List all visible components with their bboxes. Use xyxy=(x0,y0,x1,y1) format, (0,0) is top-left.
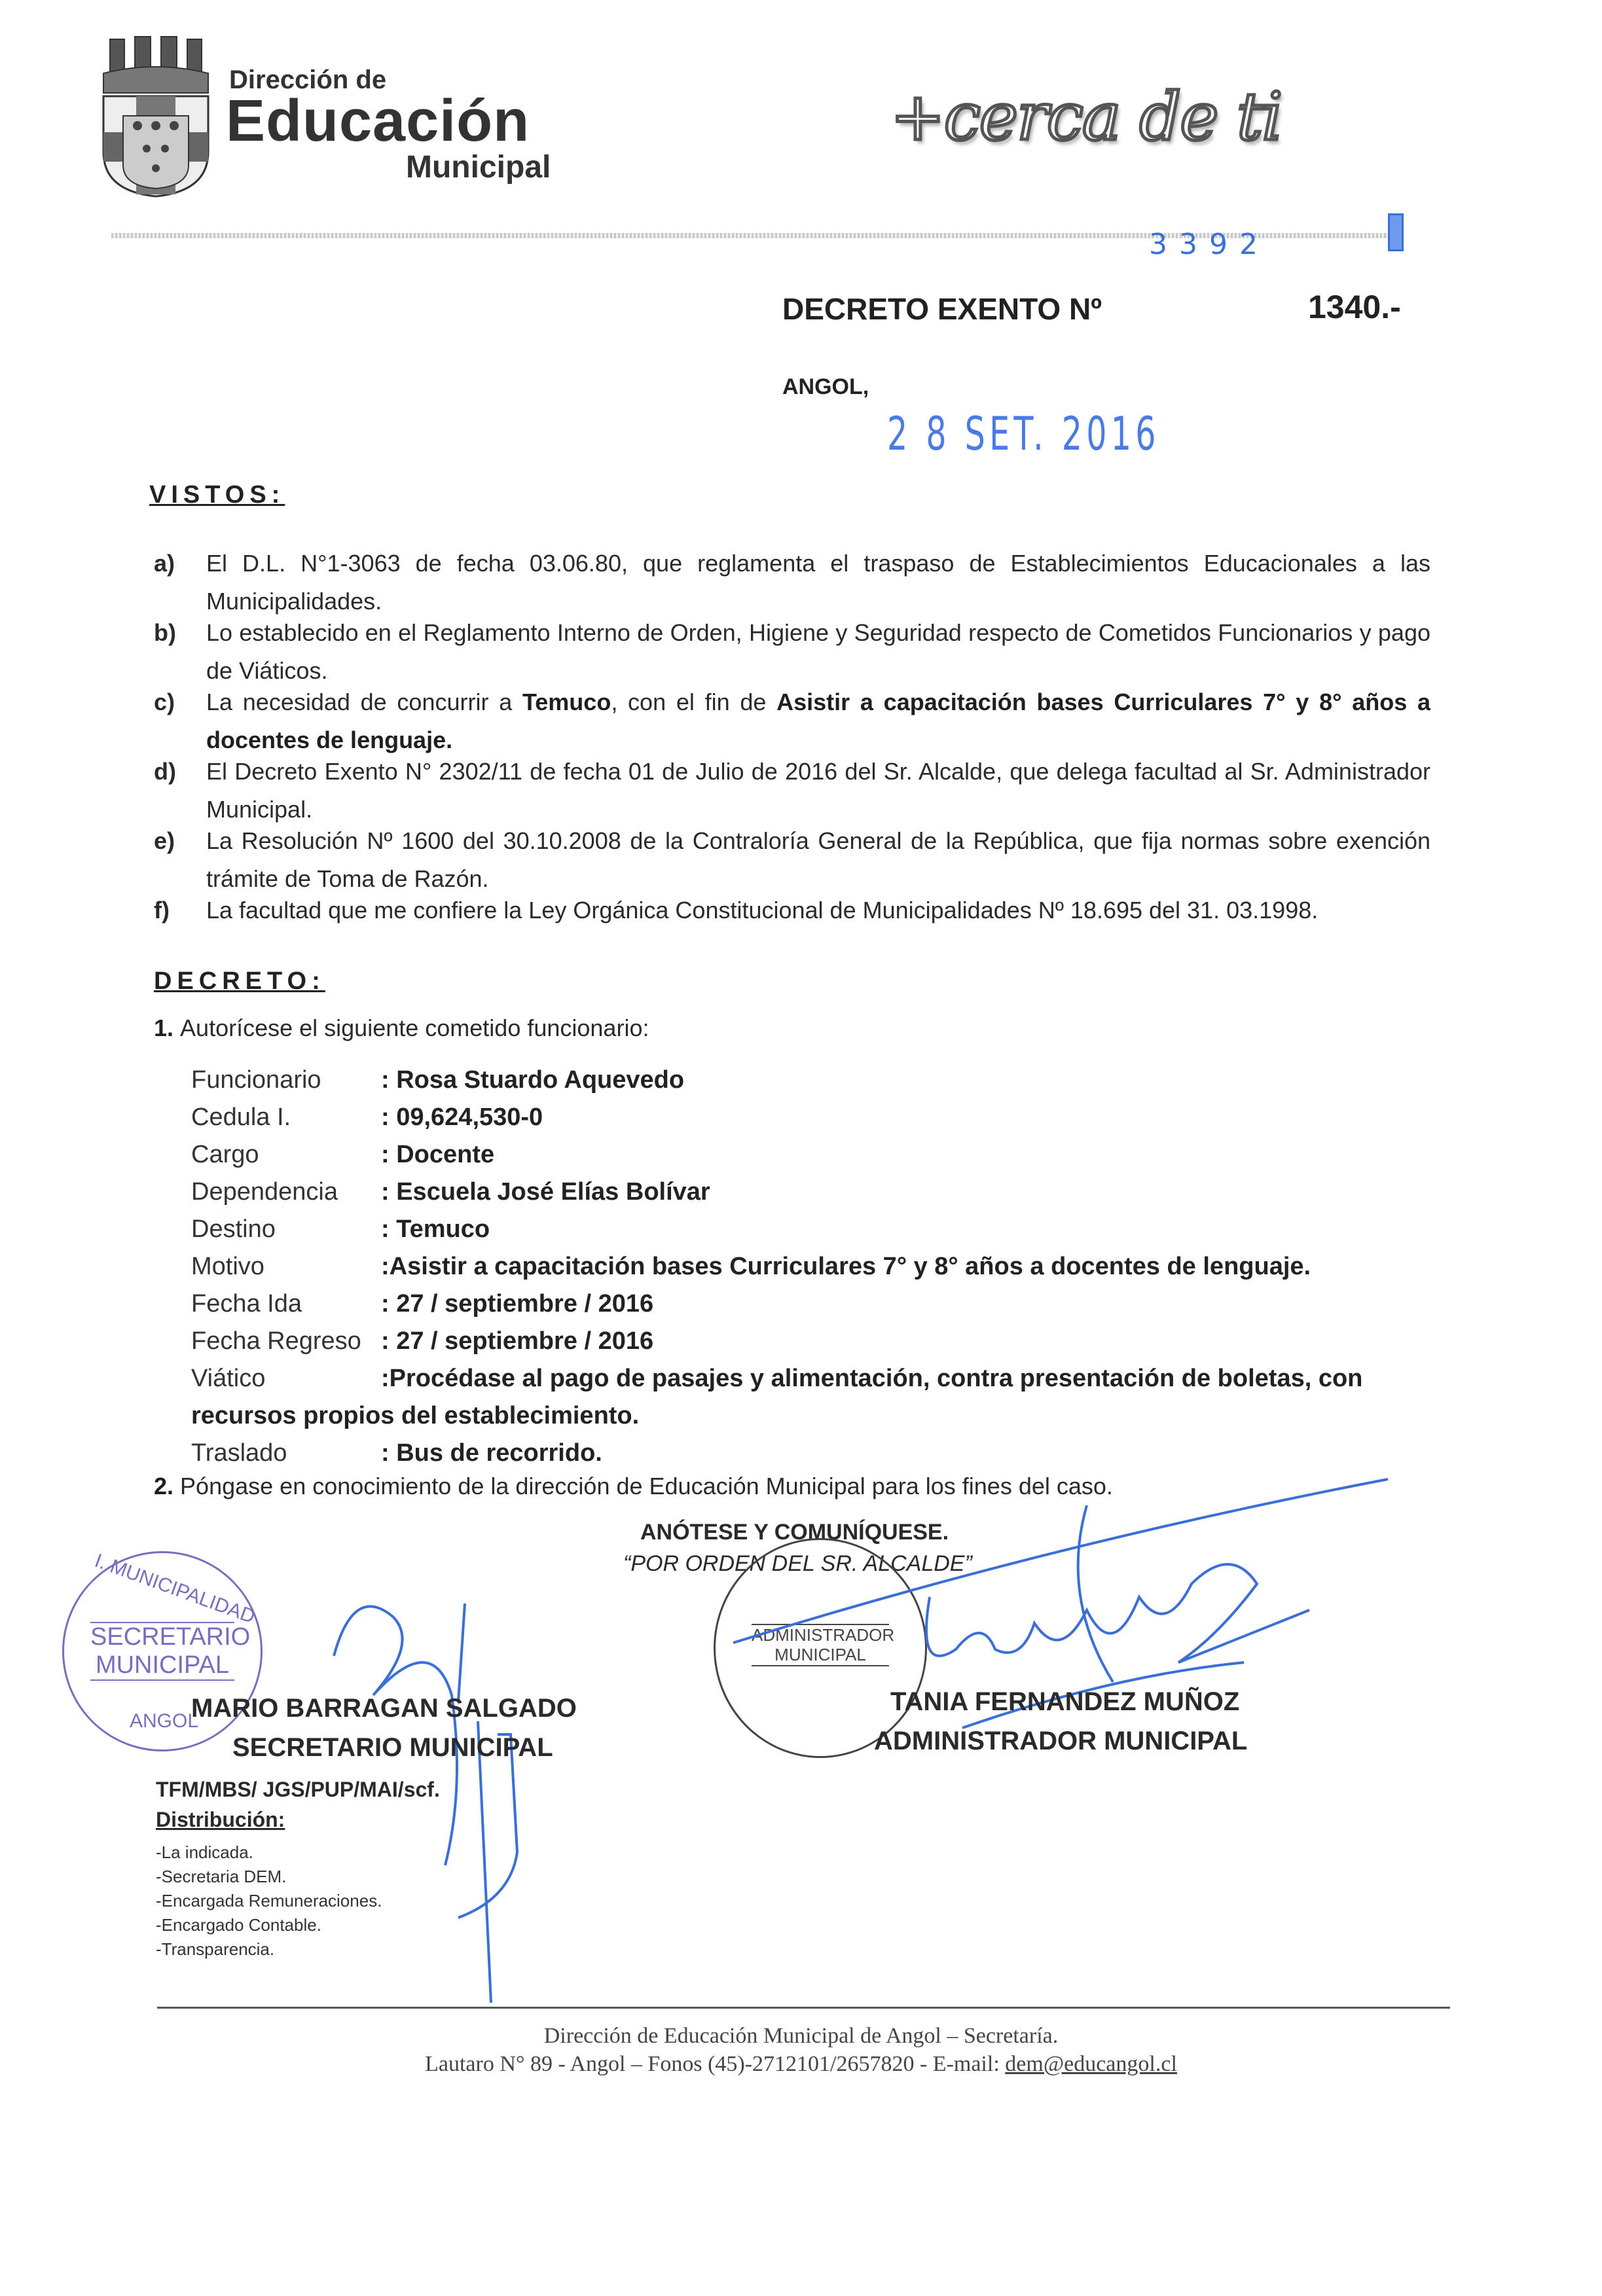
field-row: Dependencia: Escuela José Elías Bolívar xyxy=(191,1174,710,1211)
vistos-item-e: e) La Resolución Nº 1600 del 30.10.2008 … xyxy=(154,822,1430,898)
vistos-item-a: a) El D.L. N°1-3063 de fecha 03.06.80, q… xyxy=(154,545,1430,620)
field-value: : 27 / septiembre / 2016 xyxy=(381,1290,653,1318)
vistos-item-b: b) Lo establecido en el Reglamento Inter… xyxy=(154,614,1430,690)
initials: TFM/MBS/ JGS/PUP/MAI/scf. xyxy=(156,1778,440,1802)
vistos-item-c: c) La necesidad de concurrir a Temuco, c… xyxy=(154,683,1430,759)
field-row: Fecha Ida: 27 / septiembre / 2016 xyxy=(191,1285,653,1323)
decree-title: DECRETO EXENTO Nº xyxy=(782,291,1102,327)
field-row: Viático:Procédase al pago de pasajes y a… xyxy=(191,1360,1362,1397)
field-label: Viático xyxy=(191,1360,381,1397)
field-value: : Docente xyxy=(381,1141,494,1168)
administrator-signature xyxy=(720,1466,1408,1767)
footer-line2: Lautaro N° 89 - Angol – Fonos (45)-27121… xyxy=(0,2052,1602,2077)
field-row: Fecha Regreso: 27 / septiembre / 2016 xyxy=(191,1323,653,1360)
field-label: Cargo xyxy=(191,1136,381,1174)
org-name-line2: Educación xyxy=(226,92,530,151)
decreto-heading: DECRETO: xyxy=(154,967,325,996)
vistos-heading: VISTOS: xyxy=(149,481,285,509)
field-value: : 09,624,530-0 xyxy=(381,1103,543,1131)
secretary-title: SECRETARIO MUNICIPAL xyxy=(232,1733,553,1763)
field-value: : Escuela José Elías Bolívar xyxy=(381,1178,710,1206)
footer-email-link[interactable]: dem@educangol.cl xyxy=(1005,2052,1177,2076)
slogan: +cerca de ti xyxy=(890,79,1281,155)
distribution-heading: Distribución: xyxy=(156,1808,285,1832)
decree-city: ANGOL, xyxy=(782,374,869,400)
field-row-continuation: recursos propios del establecimiento. xyxy=(191,1397,639,1435)
field-label: Fecha Regreso xyxy=(191,1323,381,1360)
field-row: Destino: Temuco xyxy=(191,1211,490,1248)
distribution-item: -Encargado Contable. xyxy=(156,1913,382,1937)
field-row: Traslado: Bus de recorrido. xyxy=(191,1435,602,1472)
field-value: : Temuco xyxy=(381,1215,490,1243)
distribution-item: -Encargada Remuneraciones. xyxy=(156,1889,382,1913)
footer-divider xyxy=(157,2007,1450,2009)
distribution-item: -Secretaria DEM. xyxy=(156,1865,382,1889)
field-value: : Bus de recorrido. xyxy=(381,1439,602,1467)
secretary-name: MARIO BARRAGAN SALGADO xyxy=(191,1694,577,1723)
field-row: Motivo:Asistir a capacitación bases Curr… xyxy=(191,1248,1311,1285)
footer-line1: Dirección de Educación Municipal de Ango… xyxy=(0,2024,1602,2049)
field-value: : 27 / septiembre / 2016 xyxy=(381,1327,653,1355)
field-row: Funcionario: Rosa Stuardo Aquevedo xyxy=(191,1062,684,1099)
vistos-item-f: f) La facultad que me confiere la Ley Or… xyxy=(154,891,1430,929)
field-label: Cedula I. xyxy=(191,1099,381,1136)
registry-stamp-mark xyxy=(1388,213,1404,251)
field-label: Dependencia xyxy=(191,1174,381,1211)
distribution-list: -La indicada. -Secretaria DEM. -Encargad… xyxy=(156,1840,382,1962)
field-label: Motivo xyxy=(191,1248,381,1285)
org-name-line3: Municipal xyxy=(406,149,551,185)
distribution-item: -La indicada. xyxy=(156,1840,382,1865)
field-label: Traslado xyxy=(191,1435,381,1472)
date-stamp: 2 8 SET. 2016 xyxy=(887,407,1160,461)
municipal-coat-of-arms-icon xyxy=(97,34,215,198)
administrator-title: ADMINISTRADOR MUNICIPAL xyxy=(874,1727,1247,1756)
administrator-name: TANIA FERNANDEZ MUÑOZ xyxy=(890,1687,1239,1717)
field-row: Cargo: Docente xyxy=(191,1136,494,1174)
field-row: Cedula I.: 09,624,530-0 xyxy=(191,1099,543,1136)
field-label: Fecha Ida xyxy=(191,1285,381,1323)
field-label: Destino xyxy=(191,1211,381,1248)
distribution-item: -Transparencia. xyxy=(156,1937,382,1962)
decreto-item-1: 1. Autorícese el siguiente cometido func… xyxy=(154,1014,649,1042)
field-label: Funcionario xyxy=(191,1062,381,1099)
field-value: :Procédase al pago de pasajes y alimenta… xyxy=(381,1365,1362,1392)
field-value: : Rosa Stuardo Aquevedo xyxy=(381,1066,684,1094)
vistos-item-d: d) El Decreto Exento N° 2302/11 de fecha… xyxy=(154,753,1430,829)
field-value: :Asistir a capacitación bases Curricular… xyxy=(381,1253,1311,1280)
decree-number: 1340.- xyxy=(1308,288,1401,326)
registry-stamp-number: 3392 xyxy=(1149,228,1269,261)
